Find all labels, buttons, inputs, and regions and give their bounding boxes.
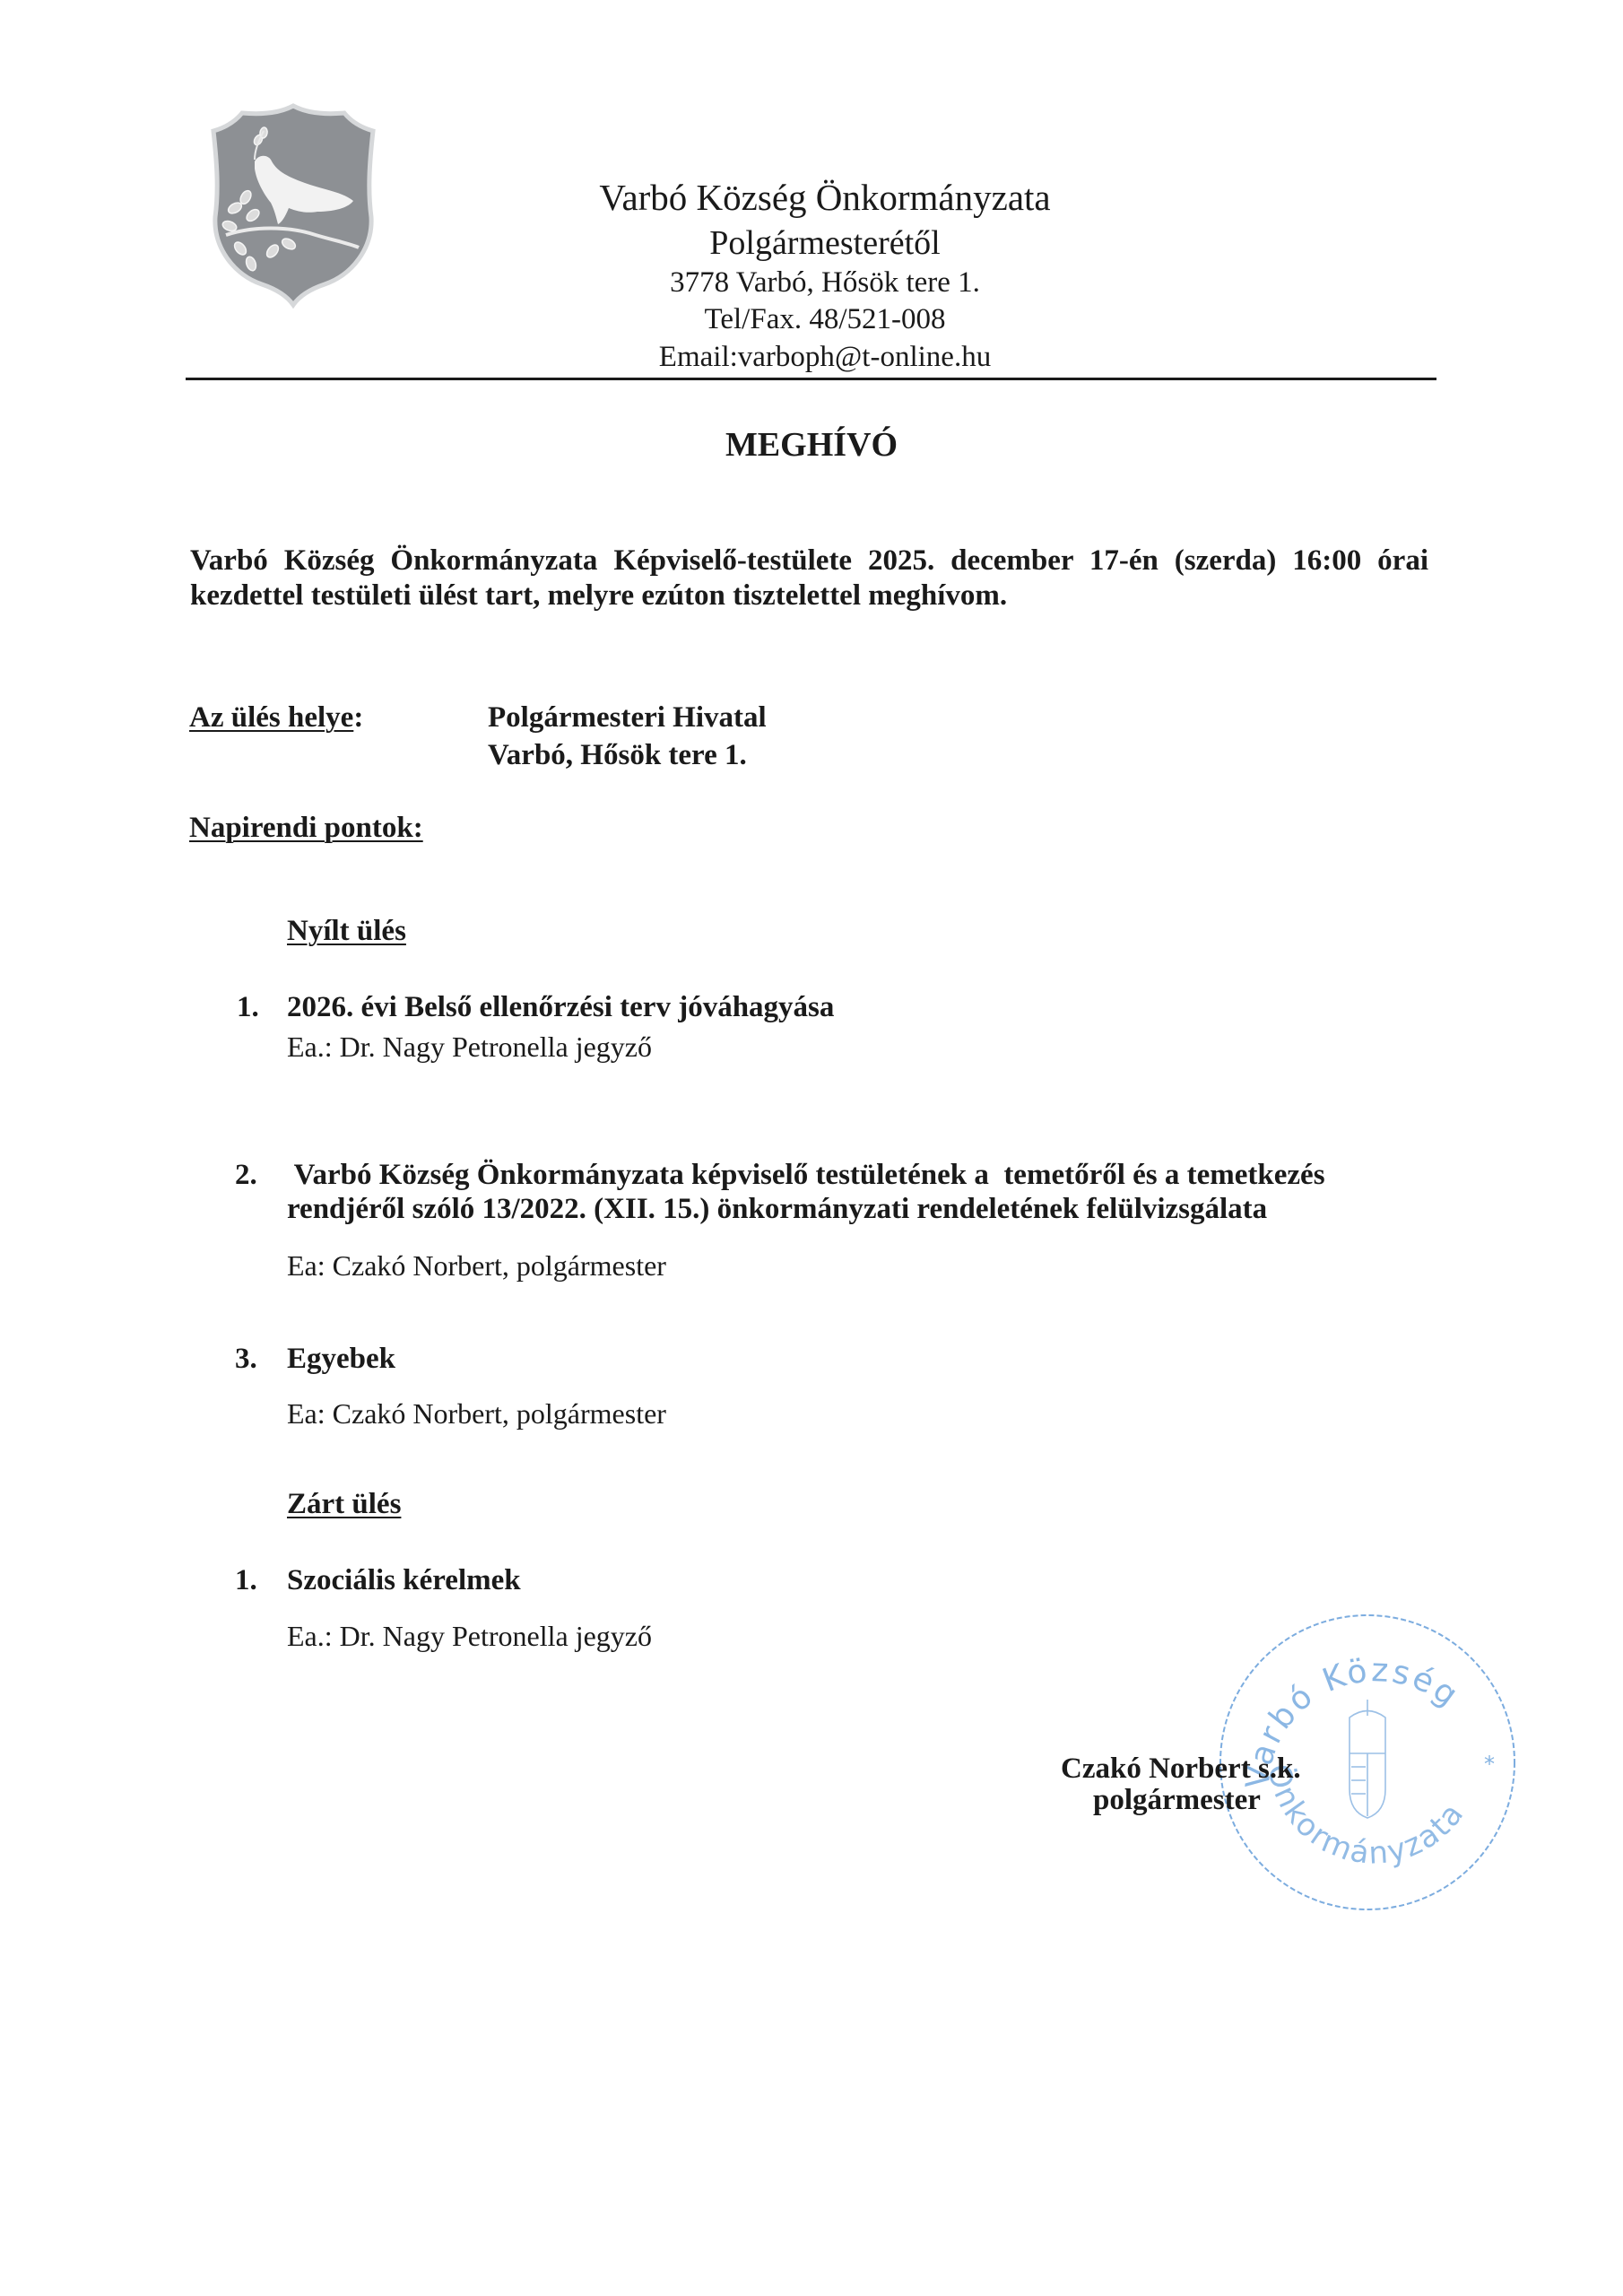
stamp-star: * xyxy=(1484,1752,1495,1777)
venue-label: Az ülés helye: xyxy=(189,701,363,735)
org-name: Varbó Község Önkormányzata xyxy=(502,179,1148,216)
item-title: 2026. évi Belső ellenőrzési terv jóváhag… xyxy=(287,991,834,1024)
address: 3778 Varbó, Hősök tere 1. xyxy=(502,268,1148,298)
venue-line-2: Varbó, Hősök tere 1. xyxy=(488,739,747,772)
item-title: Egyebek xyxy=(287,1343,395,1376)
header-divider xyxy=(186,378,1436,380)
venue-label-text: Az ülés helye xyxy=(189,701,353,734)
open-session-heading: Nyílt ülés xyxy=(287,915,406,948)
signatory-name: Czakó Norbert s.k. xyxy=(1061,1752,1301,1786)
venue-line-1: Polgármesteri Hivatal xyxy=(488,701,767,735)
dove-coat-of-arms-icon xyxy=(199,100,387,309)
item-presenter: Ea.: Dr. Nagy Petronella jegyző xyxy=(287,1031,652,1064)
phone: Tel/Fax. 48/521-008 xyxy=(502,305,1148,335)
item-title-line-1: Varbó Község Önkormányzata képviselő tes… xyxy=(287,1159,1325,1192)
item-title-line-2: rendjéről szóló 13/2022. (XII. 15.) önko… xyxy=(287,1193,1267,1226)
hungarian-coat-of-arms-icon xyxy=(1350,1700,1385,1818)
agenda-label: Napirendi pontok: xyxy=(189,812,423,845)
item-number: 2. xyxy=(235,1159,257,1192)
item-number: 1. xyxy=(235,1564,257,1597)
item-number: 1. xyxy=(237,991,259,1024)
closed-session-heading: Zárt ülés xyxy=(287,1488,401,1521)
item-title: Szociális kérelmek xyxy=(287,1564,521,1597)
document-title: MEGHÍVÓ xyxy=(0,425,1623,465)
item-number: 3. xyxy=(235,1343,257,1376)
item-presenter: Ea.: Dr. Nagy Petronella jegyző xyxy=(287,1620,652,1653)
intro-paragraph: Varbó Község Önkormányzata Képviselő-tes… xyxy=(190,544,1428,613)
venue-label-colon: : xyxy=(353,701,363,734)
item-presenter: Ea: Czakó Norbert, polgármester xyxy=(287,1249,666,1283)
item-presenter: Ea: Czakó Norbert, polgármester xyxy=(287,1397,666,1431)
signatory-role: polgármester xyxy=(1093,1784,1261,1817)
office-name: Polgármesterétől xyxy=(502,226,1148,260)
email: Email:varboph@t-online.hu xyxy=(502,343,1148,372)
